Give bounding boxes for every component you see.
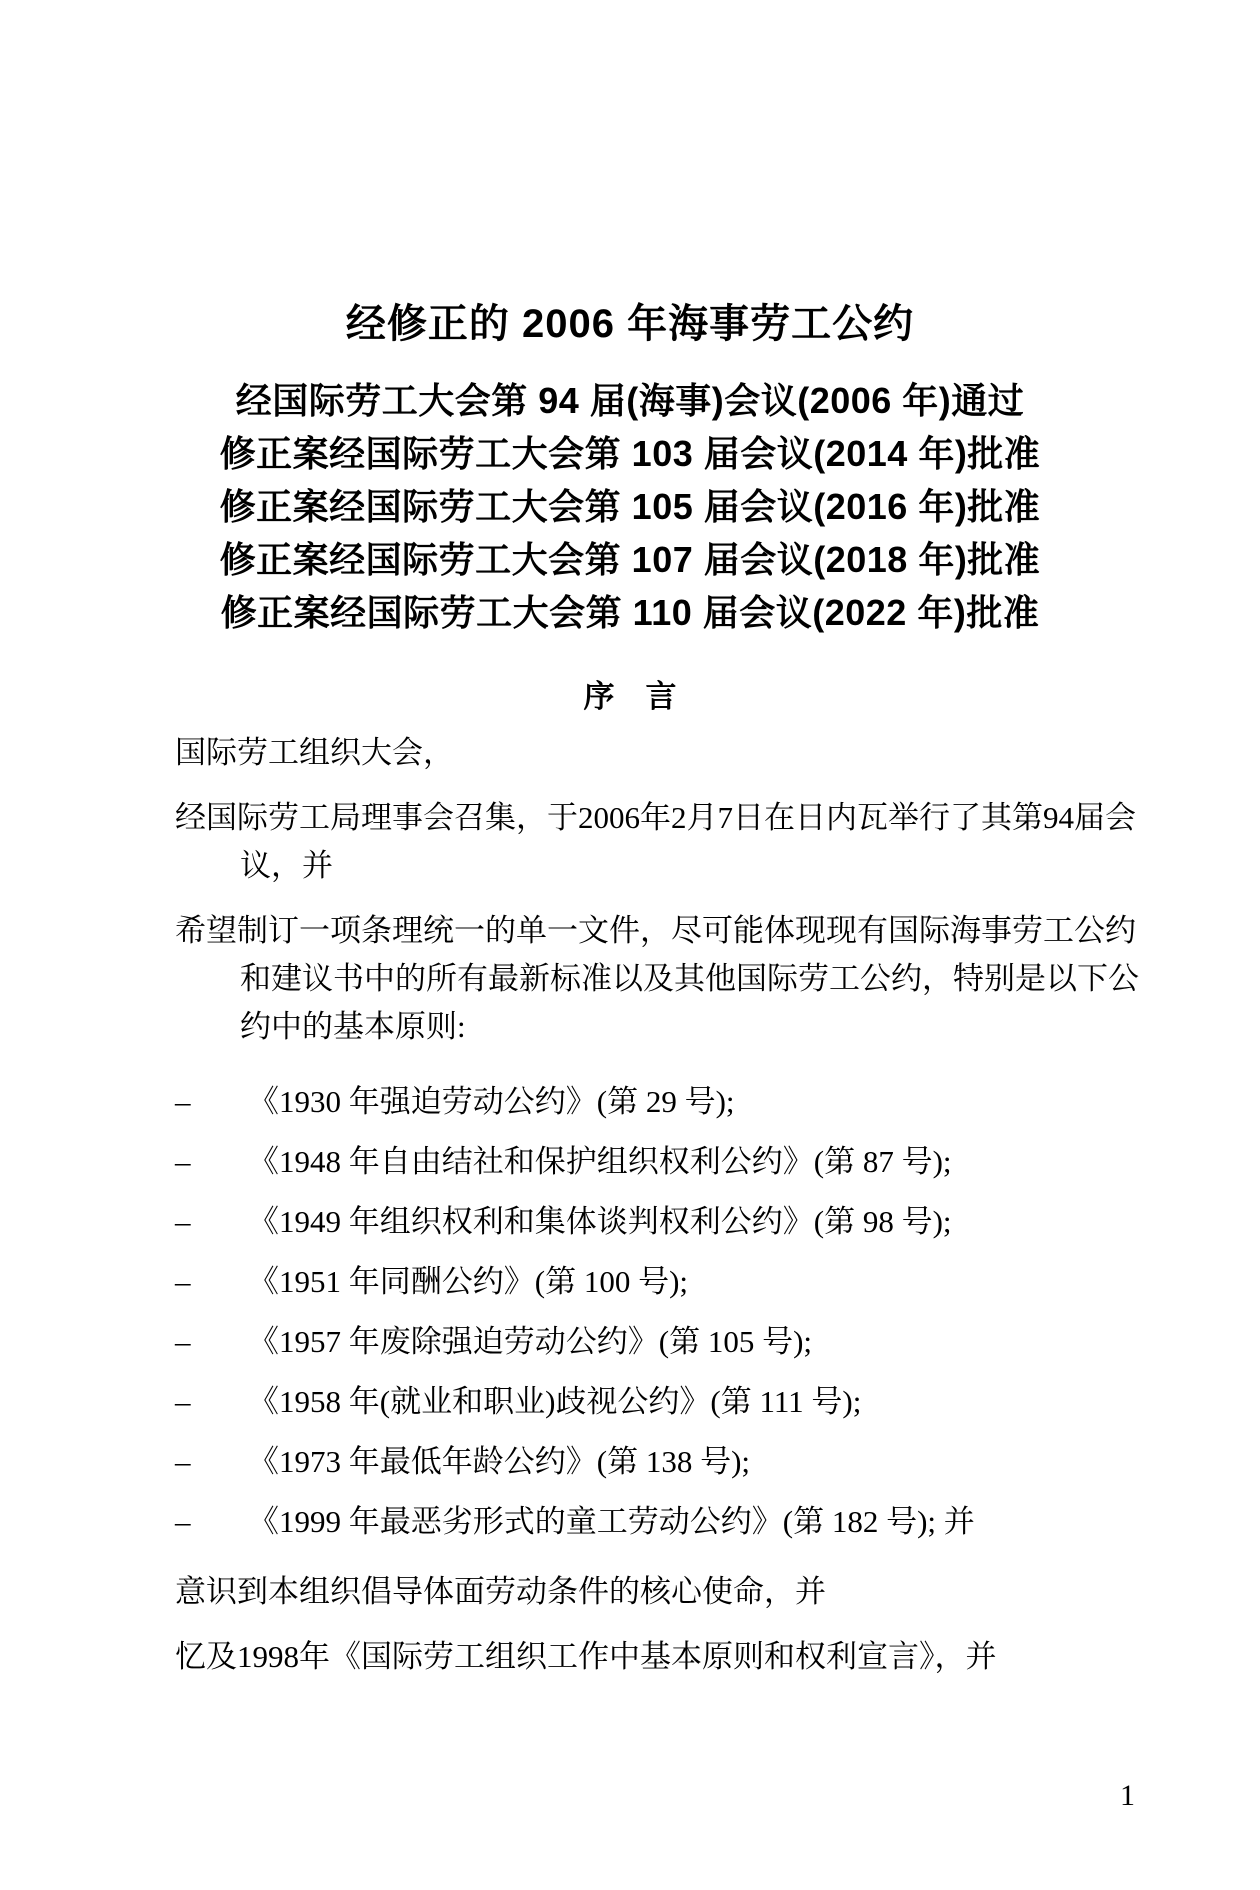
list-dash: – bbox=[175, 1438, 191, 1486]
subtitle-line: 修正案经国际劳工大会第 110 届会议(2022 年)批准 bbox=[0, 586, 1260, 639]
list-item-text: 《1958 年(就业和职业)歧视公约》(第 111 号); bbox=[248, 1378, 861, 1426]
list-dash: – bbox=[175, 1078, 191, 1126]
list-item-text: 《1957 年废除强迫劳动公约》(第 105 号); bbox=[248, 1318, 812, 1366]
preamble-body: 国际劳工组织大会，经国际劳工局理事会召集，于2006年2月7日在日内瓦举行了其第… bbox=[175, 729, 1133, 1698]
adoption-subtitle-block: 经国际劳工大会第 94 届(海事)会议(2006 年)通过修正案经国际劳工大会第… bbox=[0, 374, 1260, 639]
subtitle-line: 修正案经国际劳工大会第 105 届会议(2016 年)批准 bbox=[0, 480, 1260, 533]
subtitle-line: 修正案经国际劳工大会第 103 届会议(2014 年)批准 bbox=[0, 427, 1260, 480]
list-item-text: 《1951 年同酬公约》(第 100 号); bbox=[248, 1258, 688, 1306]
paragraph-line: 国际劳工组织大会， bbox=[175, 729, 1133, 777]
list-dash: – bbox=[175, 1318, 191, 1366]
list-item-text: 《1949 年组织权利和集体谈判权利公约》(第 98 号); bbox=[248, 1198, 952, 1246]
list-dash: – bbox=[175, 1198, 191, 1246]
paragraph: 忆及1998年《国际劳工组织工作中基本原则和权利宣言》，并 bbox=[175, 1633, 1133, 1681]
paragraph-line: 经国际劳工局理事会召集，于2006年2月7日在日内瓦举行了其第94届会 bbox=[175, 794, 1133, 842]
document-title: 经修正的 2006 年海事劳工公约 bbox=[0, 300, 1260, 348]
convention-list-item: –《1958 年(就业和职业)歧视公约》(第 111 号); bbox=[175, 1378, 1133, 1426]
convention-list-item: –《1951 年同酬公约》(第 100 号); bbox=[175, 1258, 1133, 1306]
document-page: 经修正的 2006 年海事劳工公约 经国际劳工大会第 94 届(海事)会议(20… bbox=[0, 0, 1260, 1890]
convention-list-item: –《1957 年废除强迫劳动公约》(第 105 号); bbox=[175, 1318, 1133, 1366]
convention-list-item: –《1973 年最低年龄公约》(第 138 号); bbox=[175, 1438, 1133, 1486]
convention-list-item: –《1999 年最恶劣形式的童工劳动公约》(第 182 号); 并 bbox=[175, 1498, 1133, 1546]
convention-list-item: –《1949 年组织权利和集体谈判权利公约》(第 98 号); bbox=[175, 1198, 1133, 1246]
paragraph: 国际劳工组织大会， bbox=[175, 729, 1133, 777]
paragraph: 希望制订一项条理统一的单一文件，尽可能体现现有国际海事劳工公约和建议书中的所有最… bbox=[175, 907, 1133, 1051]
list-item-text: 《1999 年最恶劣形式的童工劳动公约》(第 182 号); 并 bbox=[248, 1498, 975, 1546]
list-dash: – bbox=[175, 1498, 191, 1546]
list-dash: – bbox=[175, 1378, 191, 1426]
list-item-text: 《1973 年最低年龄公约》(第 138 号); bbox=[248, 1438, 750, 1486]
subtitle-line: 经国际劳工大会第 94 届(海事)会议(2006 年)通过 bbox=[0, 374, 1260, 427]
subtitle-line: 修正案经国际劳工大会第 107 届会议(2018 年)批准 bbox=[0, 533, 1260, 586]
convention-list-item: –《1930 年强迫劳动公约》(第 29 号); bbox=[175, 1078, 1133, 1126]
paragraph-line: 约中的基本原则: bbox=[175, 1003, 1133, 1051]
list-item-text: 《1930 年强迫劳动公约》(第 29 号); bbox=[248, 1078, 735, 1126]
page-number: 1 bbox=[1120, 1778, 1135, 1814]
convention-list-item: –《1948 年自由结社和保护组织权利公约》(第 87 号); bbox=[175, 1138, 1133, 1186]
paragraph-line: 和建议书中的所有最新标准以及其他国际劳工公约，特别是以下公 bbox=[175, 955, 1133, 1003]
list-dash: – bbox=[175, 1138, 191, 1186]
paragraph-line: 希望制订一项条理统一的单一文件，尽可能体现现有国际海事劳工公约 bbox=[175, 907, 1133, 955]
list-dash: – bbox=[175, 1258, 191, 1306]
paragraph-line: 议，并 bbox=[175, 842, 1133, 890]
paragraph: 经国际劳工局理事会召集，于2006年2月7日在日内瓦举行了其第94届会议，并 bbox=[175, 794, 1133, 890]
paragraph: 意识到本组织倡导体面劳动条件的核心使命，并 bbox=[175, 1568, 1133, 1616]
paragraph-line: 忆及1998年《国际劳工组织工作中基本原则和权利宣言》，并 bbox=[175, 1633, 1133, 1681]
preamble-heading: 序 言 bbox=[0, 673, 1260, 721]
list-item-text: 《1948 年自由结社和保护组织权利公约》(第 87 号); bbox=[248, 1138, 952, 1186]
paragraph-line: 意识到本组织倡导体面劳动条件的核心使命，并 bbox=[175, 1568, 1133, 1616]
